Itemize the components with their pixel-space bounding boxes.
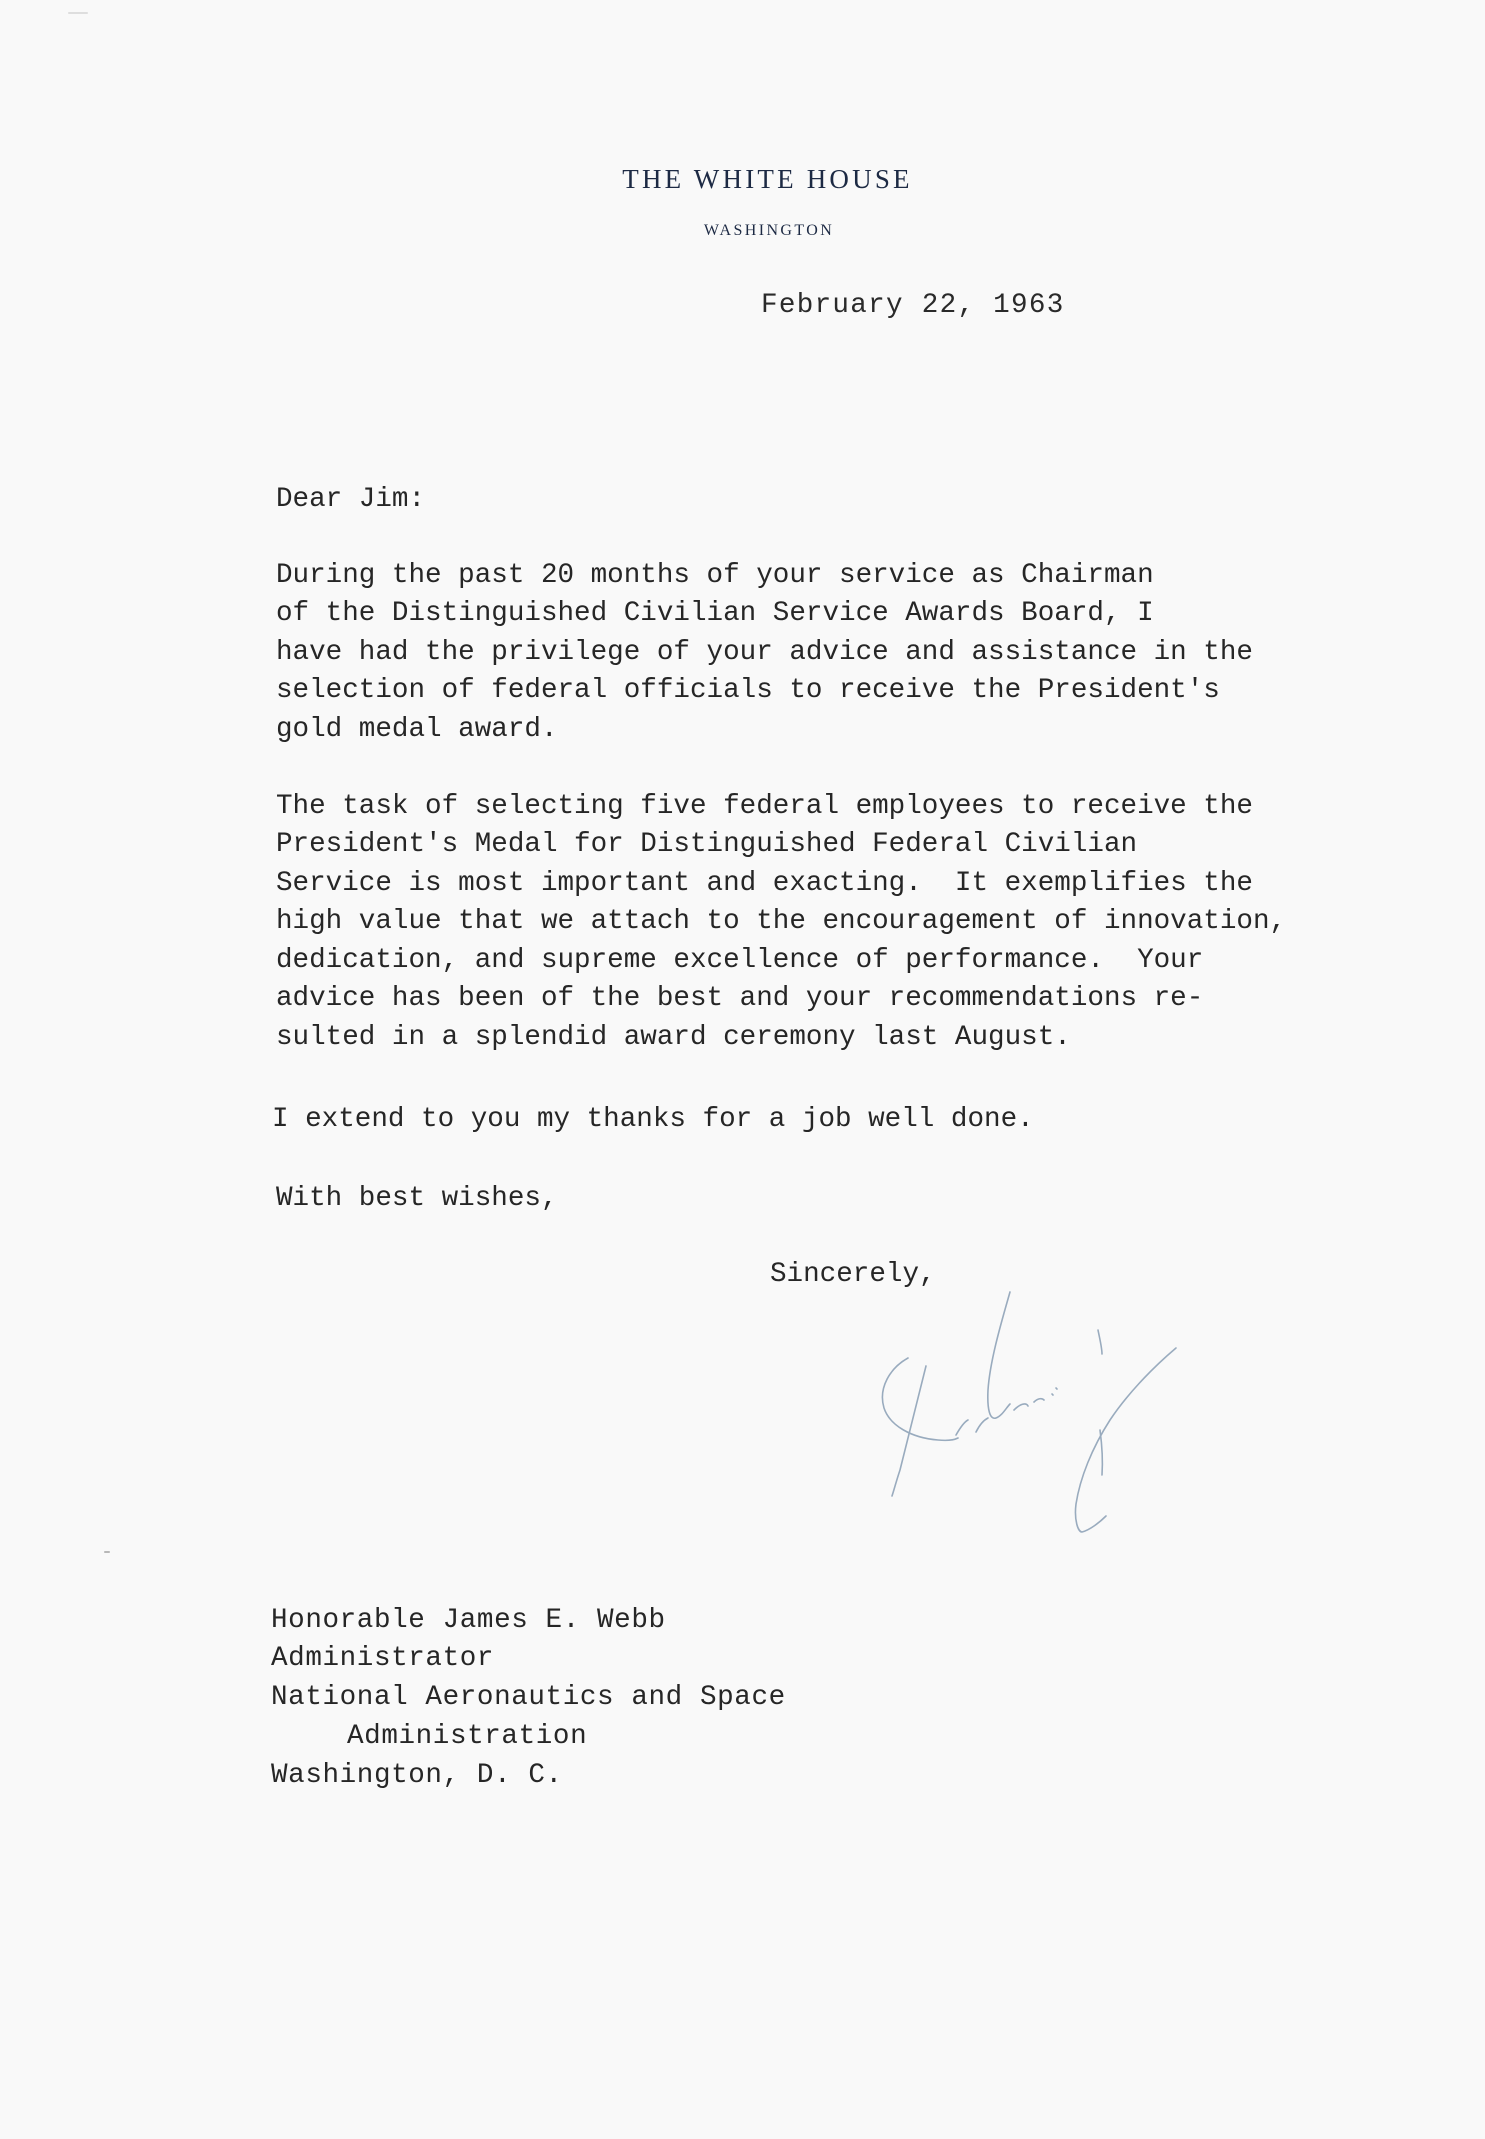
paragraph-line: Service is most important and exacting. … bbox=[276, 868, 1253, 900]
paragraph-line: gold medal award. bbox=[276, 714, 558, 746]
recipient-organization: National Aeronautics and Space bbox=[271, 1682, 786, 1714]
paragraph-line: dedication, and supreme excellence of pe… bbox=[276, 945, 1203, 977]
letter-page: THE WHITE HOUSE WASHINGTON February 22, … bbox=[0, 0, 1485, 2139]
letterhead-title: THE WHITE HOUSE bbox=[0, 164, 1485, 194]
paragraph-line: advice has been of the best and your rec… bbox=[276, 983, 1203, 1015]
paragraph-line: selection of federal officials to receiv… bbox=[276, 675, 1220, 707]
paragraph-line: The task of selecting five federal emplo… bbox=[276, 791, 1253, 823]
paragraph-line: During the past 20 months of your servic… bbox=[276, 560, 1154, 592]
handwritten-signature-icon bbox=[830, 1270, 1190, 1550]
paragraph-line: of the Distinguished Civilian Service Aw… bbox=[276, 598, 1154, 630]
paragraph-line: have had the privilege of your advice an… bbox=[276, 637, 1253, 669]
paper-speck bbox=[104, 1551, 110, 1553]
recipient-title: Administrator bbox=[271, 1643, 494, 1675]
paragraph-line: President's Medal for Distinguished Fede… bbox=[276, 829, 1137, 861]
recipient-organization-continued: Administration bbox=[347, 1721, 587, 1753]
letter-date: February 22, 1963 bbox=[761, 290, 1065, 322]
paragraph-line: high value that we attach to the encoura… bbox=[276, 906, 1286, 938]
closing-wishes: With best wishes, bbox=[276, 1183, 558, 1215]
paper-speck bbox=[68, 12, 88, 14]
recipient-name: Honorable James E. Webb bbox=[271, 1605, 666, 1637]
closing-thanks: I extend to you my thanks for a job well… bbox=[272, 1104, 1034, 1136]
salutation: Dear Jim: bbox=[276, 484, 425, 516]
recipient-city: Washington, D. C. bbox=[271, 1760, 563, 1792]
paragraph-line: sulted in a splendid award ceremony last… bbox=[276, 1022, 1071, 1054]
letterhead-city: WASHINGTON bbox=[0, 221, 1485, 241]
